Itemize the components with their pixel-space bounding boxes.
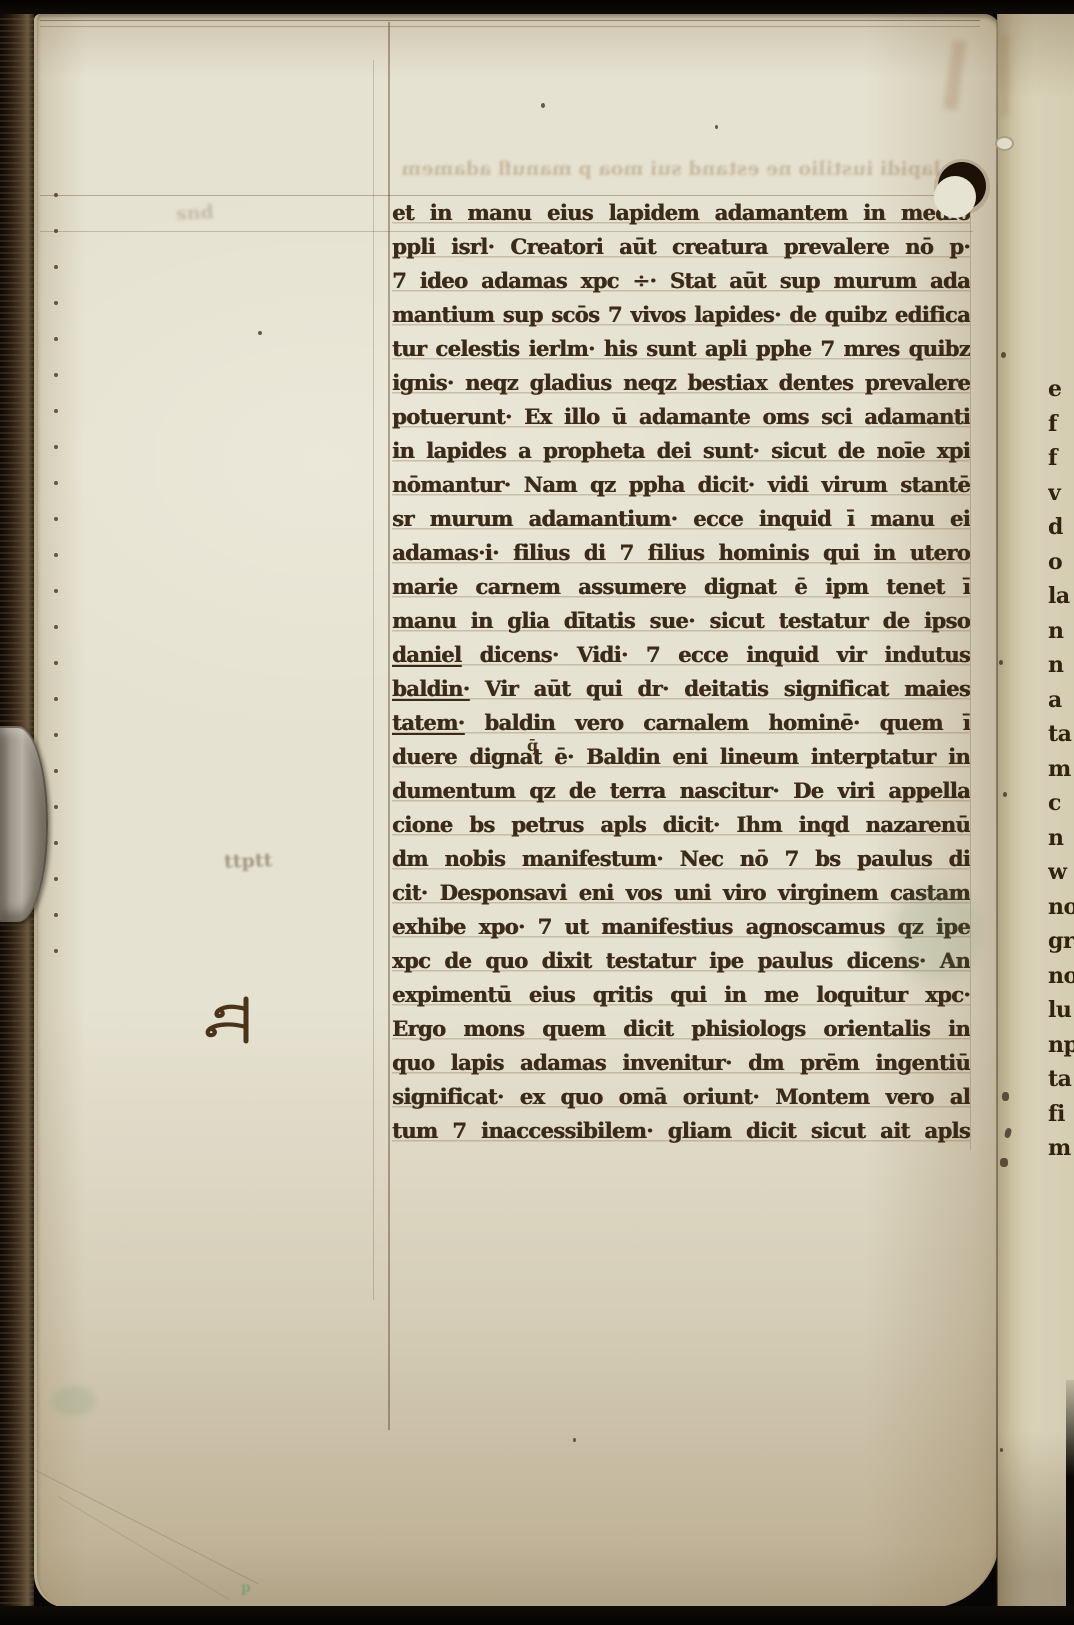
photo-top-band	[0, 0, 1074, 14]
faint-margin-note: ttptt	[224, 849, 273, 873]
facing-page-text-fragment: a	[1048, 683, 1074, 718]
ink-speck	[258, 331, 262, 335]
brown-smudge	[1000, 34, 1010, 116]
manuscript-text-line: xpc de quo dixit testatur ipe paulus dic…	[392, 944, 970, 978]
prick-mark	[54, 517, 58, 521]
green-margin-mark: p	[241, 1580, 251, 1596]
ink-speck	[1003, 792, 1007, 797]
interlinear-correction: q̄	[527, 736, 538, 755]
prick-mark	[54, 481, 58, 485]
facing-page-text-fragment: m	[1048, 1131, 1074, 1166]
facing-page-text-fragment: c	[1048, 786, 1074, 821]
manuscript-text-line: in lapides a propheta dei sunt· sicut de…	[392, 434, 970, 468]
paragraph-nota-mark-icon	[203, 996, 253, 1044]
manuscript-text-line: daniel dicens· Vidi· 7 ecce inquid vir i…	[392, 638, 970, 672]
manuscript-text-line: potuerunt· Ex illo ū adamante oms sci ad…	[392, 400, 970, 434]
ink-speck	[715, 125, 718, 129]
faint-margin-scribble: snd	[175, 201, 214, 225]
ink-speck	[1000, 1448, 1003, 1452]
manuscript-text-line: sr murum adamantium· ecce inquid ī manu …	[392, 502, 970, 536]
facing-page-text-fragment: n	[1048, 614, 1074, 649]
facing-page-text-fragment: n	[1048, 648, 1074, 683]
prick-mark	[54, 805, 58, 809]
ink-bleed-mark	[1002, 1092, 1009, 1101]
prick-marks-column	[54, 193, 60, 985]
vertical-ruling-line	[373, 60, 374, 1300]
manuscript-text-line: significat· ex quo omā oriunt· Montem ve…	[392, 1080, 970, 1114]
prick-mark	[54, 913, 58, 917]
manuscript-text-line: ignis· neqz gladius neqz bestiax dentes …	[392, 366, 970, 400]
ink-speck	[541, 103, 545, 108]
facing-page-text-fragment: no	[1048, 959, 1074, 994]
manuscript-text-line: quo lapis adamas invenitur· dm prēm inge…	[392, 1046, 970, 1080]
facing-page-text-fragment: gr	[1048, 924, 1074, 959]
facing-page-text-fragment: v	[1048, 476, 1074, 511]
page-top-edge-line	[40, 20, 980, 21]
ink-speck	[1001, 352, 1006, 358]
ink-blot-crescent	[922, 158, 1000, 226]
prick-mark	[54, 697, 58, 701]
facing-page-text-fragment: no	[1048, 890, 1074, 925]
ink-bleed-mark	[1000, 1158, 1008, 1167]
prick-mark	[54, 373, 58, 377]
manuscript-text-line: exhibe xpo· 7 ut manifestius agnoscamus …	[392, 910, 970, 944]
facing-page-text-fragment: np	[1048, 1028, 1074, 1063]
prick-mark	[54, 589, 58, 593]
facing-page-text-fragment: ta	[1048, 717, 1074, 752]
prick-mark	[54, 841, 58, 845]
facing-page-text-fragment: fi	[1048, 1097, 1074, 1132]
facing-page-text-fragment: w	[1048, 855, 1074, 890]
prick-mark	[54, 265, 58, 269]
manuscript-text-line: nōmantur· Nam qz ppha dicit· vidi virum …	[392, 468, 970, 502]
prick-mark	[54, 877, 58, 881]
facing-page-text-fragment: e	[1048, 372, 1074, 407]
manuscript-text-block: et in manu eius lapidem adamantem in med…	[392, 196, 970, 1148]
manuscript-text-line: expimentū eius qritis qui in me loquitur…	[392, 978, 970, 1012]
manuscript-photograph: { "page": { "lines": [ {"text": "et in m…	[0, 0, 1074, 1625]
ink-speck	[999, 660, 1003, 665]
prick-mark	[54, 949, 58, 953]
facing-page-text-fragment: m	[1048, 752, 1074, 787]
facing-page-text-fragment: f	[1048, 407, 1074, 442]
prick-mark	[54, 337, 58, 341]
manuscript-text-line: 7 ideo adamas xpc ÷· Stat aūt sup murum …	[392, 264, 970, 298]
manuscript-text-line: ppli isrl· Creatori aūt creatura prevale…	[392, 230, 970, 264]
facing-page-text-fragment: lu	[1048, 993, 1074, 1028]
prick-mark	[54, 661, 58, 665]
manuscript-text-line: duere dignat ē· Baldin eni lineum interp…	[392, 740, 970, 774]
manuscript-text-line: marie carnem assumere dignat ē ipm tenet…	[392, 570, 970, 604]
manuscript-text-line: cione bs petrus apls dicit· Ihm inqd naz…	[392, 808, 970, 842]
prick-mark	[54, 769, 58, 773]
prick-mark	[54, 733, 58, 737]
ink-speck	[573, 1438, 576, 1442]
prick-mark	[54, 409, 58, 413]
manuscript-text-line: et in manu eius lapidem adamantem in med…	[392, 196, 970, 230]
facing-page-text-fragment: d	[1048, 510, 1074, 545]
prick-mark	[54, 193, 58, 197]
photo-bottom-band	[0, 1606, 1074, 1625]
page-fold-line	[996, 0, 998, 1625]
show-through-ghost-text: ne lapidi iustilio ne estand sui moa p m…	[398, 158, 973, 192]
parchment-hole	[995, 136, 1014, 151]
prick-mark	[54, 301, 58, 305]
page-top-edge-line	[40, 26, 980, 27]
facing-page-text-edge: effvdolannatamcnwnogrnolunptafim	[1048, 372, 1074, 1166]
prick-mark	[54, 445, 58, 449]
vertical-ruling-line	[388, 22, 390, 1430]
manuscript-text-line: tur celestis ierlm· his sunt apli pphe 7…	[392, 332, 970, 366]
green-stain	[893, 884, 981, 980]
facing-page-text-fragment: o	[1048, 545, 1074, 580]
manuscript-text-line: Ergo mons quem dicit phisiologs oriental…	[392, 1012, 970, 1046]
manuscript-text-line: tatem· baldin vero carnalem hominē· quem…	[392, 706, 970, 740]
green-stain	[52, 1386, 96, 1416]
photo-dark-edge	[1066, 1380, 1074, 1625]
manuscript-text-line: mantium sup scōs 7 vivos lapides· de qui…	[392, 298, 970, 332]
manuscript-text-line: manu in glia dītatis sue· sicut testatur…	[392, 604, 970, 638]
facing-page-text-fragment: ta	[1048, 1062, 1074, 1097]
manuscript-text-line: dumentum qz de terra nascitur· De viri a…	[392, 774, 970, 808]
manuscript-text-line: dm nobis manifestum· Nec nō 7 bs paulus …	[392, 842, 970, 876]
prick-mark	[54, 229, 58, 233]
prick-mark	[54, 553, 58, 557]
facing-page-text-fragment: f	[1048, 441, 1074, 476]
manuscript-text-line: tum 7 inaccessibilem· gliam dicit sicut …	[392, 1114, 970, 1148]
manuscript-text-line: cit· Desponsavi eni vos uni viro virgine…	[392, 876, 970, 910]
facing-page-text-fragment: la	[1048, 579, 1074, 614]
prick-mark	[54, 625, 58, 629]
manuscript-text-line: adamas·i· filius di 7 filius hominis qui…	[392, 536, 970, 570]
manuscript-text-line: baldin· Vir aūt qui dr· deitatis signifi…	[392, 672, 970, 706]
vertical-ruling-line	[970, 190, 971, 1150]
facing-page-text-fragment: n	[1048, 821, 1074, 856]
